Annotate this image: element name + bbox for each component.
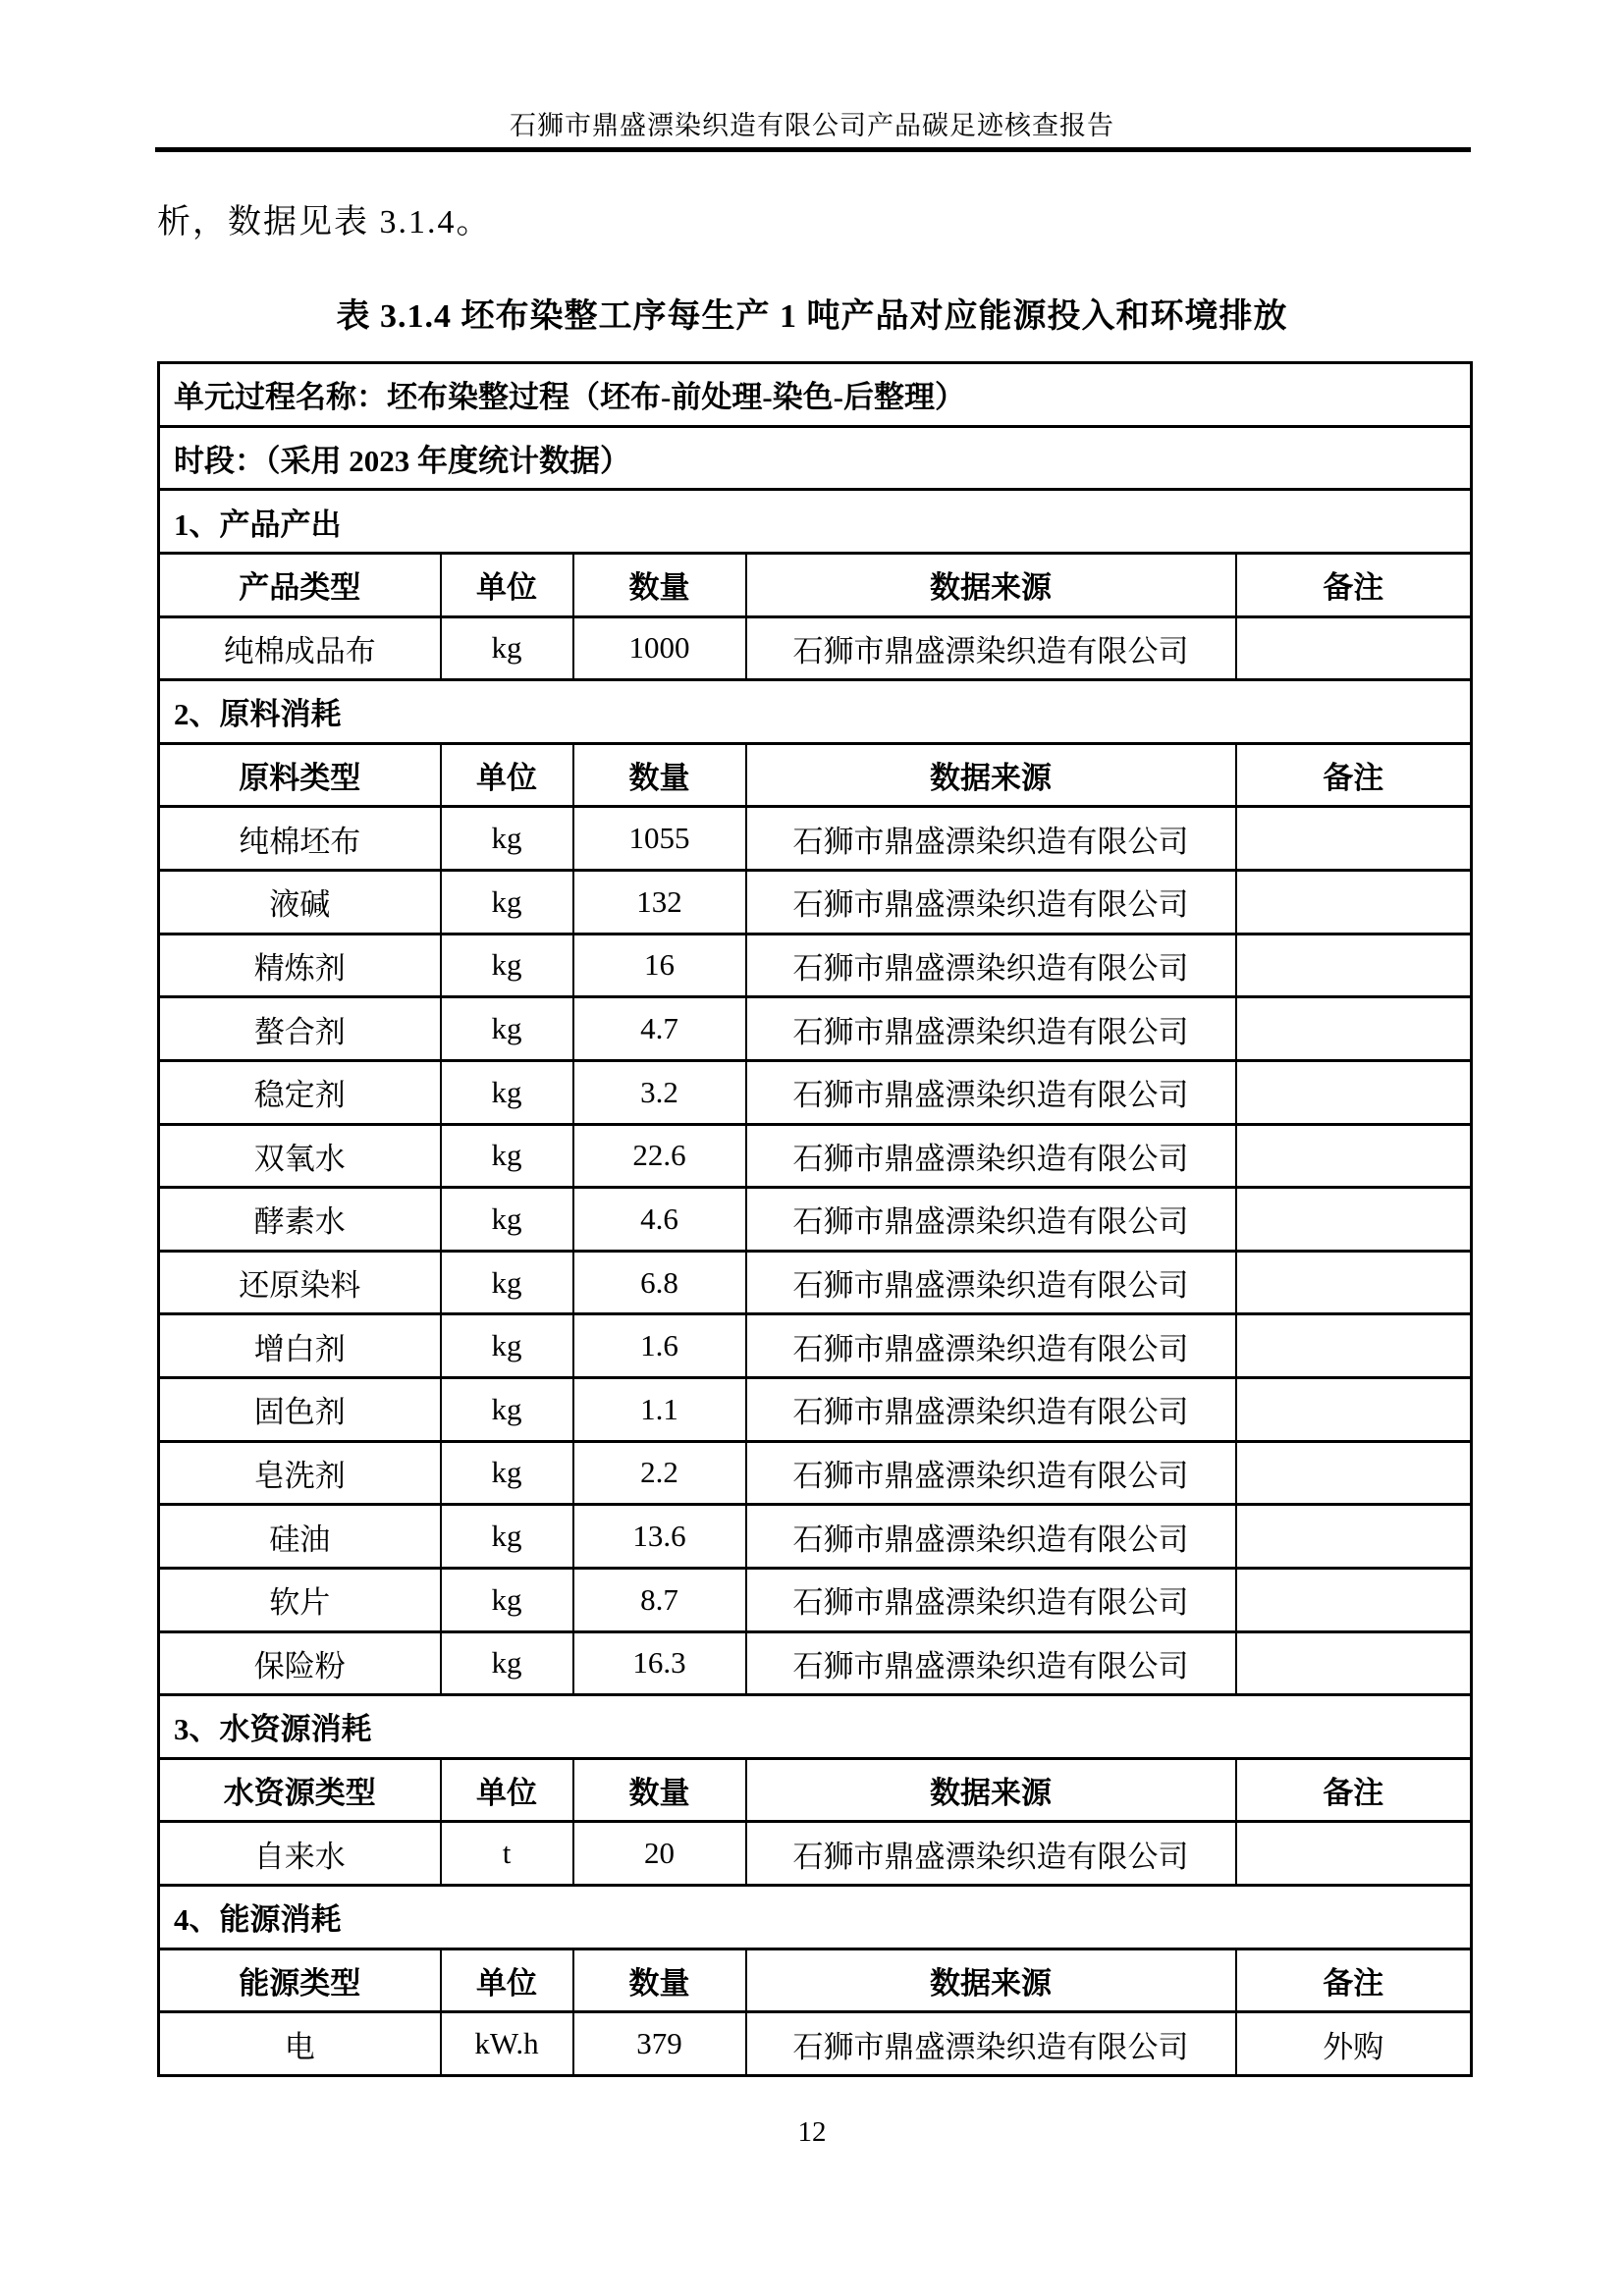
section-title-1-row: 1、产品产出 — [159, 490, 1472, 554]
column-header: 备注 — [1236, 1758, 1472, 1822]
unit-process-name: 单元过程名称：坯布染整过程（坯布-前处理-染色-后整理） — [159, 363, 1472, 427]
cell-quantity: 16.3 — [573, 1631, 746, 1695]
cell-type: 保险粉 — [159, 1631, 441, 1695]
column-header: 数据来源 — [746, 1758, 1236, 1822]
cell-unit: kg — [441, 934, 573, 997]
table-row: 纯棉坯布kg1055石狮市鼎盛漂染织造有限公司 — [159, 807, 1472, 871]
cell-quantity: 1000 — [573, 616, 746, 680]
section-title-2: 2、原料消耗 — [159, 680, 1472, 744]
cell-type: 固色剂 — [159, 1378, 441, 1442]
cell-remark — [1236, 1631, 1472, 1695]
period-row: 时段：（采用 2023 年度统计数据） — [159, 426, 1472, 490]
table-row: 固色剂kg1.1石狮市鼎盛漂染织造有限公司 — [159, 1378, 1472, 1442]
cell-unit: kW.h — [441, 2012, 573, 2076]
cell-type: 电 — [159, 2012, 441, 2076]
cell-data-source: 石狮市鼎盛漂染织造有限公司 — [746, 1188, 1236, 1252]
cell-unit: kg — [441, 1060, 573, 1124]
cell-unit: kg — [441, 616, 573, 680]
cell-unit: kg — [441, 1188, 573, 1252]
section-title-1: 1、产品产出 — [159, 490, 1472, 554]
table-row: 双氧水kg22.6石狮市鼎盛漂染织造有限公司 — [159, 1124, 1472, 1188]
cell-quantity: 132 — [573, 871, 746, 934]
cell-data-source: 石狮市鼎盛漂染织造有限公司 — [746, 1314, 1236, 1378]
cell-type: 精炼剂 — [159, 934, 441, 997]
cell-remark — [1236, 1441, 1472, 1505]
cell-quantity: 1.1 — [573, 1378, 746, 1442]
header-row: 水资源类型单位数量数据来源备注 — [159, 1758, 1472, 1822]
table-row: 软片kg8.7石狮市鼎盛漂染织造有限公司 — [159, 1568, 1472, 1631]
running-header: 石狮市鼎盛漂染织造有限公司产品碳足迹核查报告 — [0, 104, 1624, 142]
cell-data-source: 石狮市鼎盛漂染织造有限公司 — [746, 1441, 1236, 1505]
unit-process-name-row: 单元过程名称：坯布染整过程（坯布-前处理-染色-后整理） — [159, 363, 1472, 427]
document-page: 石狮市鼎盛漂染织造有限公司产品碳足迹核查报告 析，数据见表 3.1.4。 表 3… — [0, 0, 1624, 2296]
cell-remark — [1236, 1378, 1472, 1442]
cell-remark — [1236, 1188, 1472, 1252]
cell-data-source: 石狮市鼎盛漂染织造有限公司 — [746, 616, 1236, 680]
cell-remark — [1236, 997, 1472, 1061]
cell-quantity: 13.6 — [573, 1505, 746, 1569]
cell-unit: kg — [441, 997, 573, 1061]
column-header: 原料类型 — [159, 743, 441, 807]
header-row: 原料类型单位数量数据来源备注 — [159, 743, 1472, 807]
cell-unit: kg — [441, 1378, 573, 1442]
cell-remark — [1236, 1568, 1472, 1631]
column-header: 数据来源 — [746, 1949, 1236, 2012]
cell-data-source: 石狮市鼎盛漂染织造有限公司 — [746, 1060, 1236, 1124]
table-row: 稳定剂kg3.2石狮市鼎盛漂染织造有限公司 — [159, 1060, 1472, 1124]
cell-unit: kg — [441, 1568, 573, 1631]
cell-type: 纯棉成品布 — [159, 616, 441, 680]
cell-type: 增白剂 — [159, 1314, 441, 1378]
cell-data-source: 石狮市鼎盛漂染织造有限公司 — [746, 1124, 1236, 1188]
cell-remark — [1236, 1314, 1472, 1378]
unit-process-table: 单元过程名称：坯布染整过程（坯布-前处理-染色-后整理）时段：（采用 2023 … — [157, 361, 1473, 2077]
table-row: 螯合剂kg4.7石狮市鼎盛漂染织造有限公司 — [159, 997, 1472, 1061]
column-header: 单位 — [441, 1949, 573, 2012]
section-title-4-row: 4、能源消耗 — [159, 1886, 1472, 1949]
table-row: 精炼剂kg16石狮市鼎盛漂染织造有限公司 — [159, 934, 1472, 997]
cell-data-source: 石狮市鼎盛漂染织造有限公司 — [746, 1251, 1236, 1314]
cell-type: 硅油 — [159, 1505, 441, 1569]
cell-data-source: 石狮市鼎盛漂染织造有限公司 — [746, 2012, 1236, 2076]
cell-remark — [1236, 1822, 1472, 1886]
cell-remark: 外购 — [1236, 2012, 1472, 2076]
cell-quantity: 6.8 — [573, 1251, 746, 1314]
cell-remark — [1236, 616, 1472, 680]
cell-unit: kg — [441, 1505, 573, 1569]
table-row: 硅油kg13.6石狮市鼎盛漂染织造有限公司 — [159, 1505, 1472, 1569]
column-header: 数量 — [573, 743, 746, 807]
cell-unit: kg — [441, 1124, 573, 1188]
cell-type: 软片 — [159, 1568, 441, 1631]
cell-quantity: 16 — [573, 934, 746, 997]
header-rule — [155, 147, 1471, 152]
cell-type: 皂洗剂 — [159, 1441, 441, 1505]
cell-unit: kg — [441, 1631, 573, 1695]
column-header: 数据来源 — [746, 553, 1236, 616]
cell-type: 还原染料 — [159, 1251, 441, 1314]
cell-quantity: 4.7 — [573, 997, 746, 1061]
cell-data-source: 石狮市鼎盛漂染织造有限公司 — [746, 871, 1236, 934]
cell-quantity: 1.6 — [573, 1314, 746, 1378]
column-header: 单位 — [441, 743, 573, 807]
section-title-3-row: 3、水资源消耗 — [159, 1695, 1472, 1759]
section-title-3: 3、水资源消耗 — [159, 1695, 1472, 1759]
column-header: 数量 — [573, 553, 746, 616]
cell-unit: kg — [441, 1251, 573, 1314]
cell-remark — [1236, 1124, 1472, 1188]
cell-data-source: 石狮市鼎盛漂染织造有限公司 — [746, 934, 1236, 997]
cell-quantity: 8.7 — [573, 1568, 746, 1631]
cell-unit: kg — [441, 871, 573, 934]
header-row: 产品类型单位数量数据来源备注 — [159, 553, 1472, 616]
table-title: 表 3.1.4 坯布染整工序每生产 1 吨产品对应能源投入和环境排放 — [0, 289, 1624, 337]
cell-unit: kg — [441, 1441, 573, 1505]
cell-unit: kg — [441, 807, 573, 871]
cell-remark — [1236, 1251, 1472, 1314]
cell-data-source: 石狮市鼎盛漂染织造有限公司 — [746, 1505, 1236, 1569]
period: 时段：（采用 2023 年度统计数据） — [159, 426, 1472, 490]
table-row: 纯棉成品布kg1000石狮市鼎盛漂染织造有限公司 — [159, 616, 1472, 680]
cell-quantity: 1055 — [573, 807, 746, 871]
cell-quantity: 2.2 — [573, 1441, 746, 1505]
column-header: 能源类型 — [159, 1949, 441, 2012]
cell-unit: t — [441, 1822, 573, 1886]
section-title-2-row: 2、原料消耗 — [159, 680, 1472, 744]
cell-quantity: 4.6 — [573, 1188, 746, 1252]
cell-data-source: 石狮市鼎盛漂染织造有限公司 — [746, 1631, 1236, 1695]
table-row: 增白剂kg1.6石狮市鼎盛漂染织造有限公司 — [159, 1314, 1472, 1378]
column-header: 产品类型 — [159, 553, 441, 616]
cell-quantity: 379 — [573, 2012, 746, 2076]
cell-type: 纯棉坯布 — [159, 807, 441, 871]
table-row: 液碱kg132石狮市鼎盛漂染织造有限公司 — [159, 871, 1472, 934]
column-header: 数量 — [573, 1949, 746, 2012]
cell-quantity: 22.6 — [573, 1124, 746, 1188]
cell-remark — [1236, 807, 1472, 871]
cell-type: 双氧水 — [159, 1124, 441, 1188]
cell-remark — [1236, 1505, 1472, 1569]
column-header: 数据来源 — [746, 743, 1236, 807]
cell-type: 自来水 — [159, 1822, 441, 1886]
header-row: 能源类型单位数量数据来源备注 — [159, 1949, 1472, 2012]
column-header: 数量 — [573, 1758, 746, 1822]
table-row: 酵素水kg4.6石狮市鼎盛漂染织造有限公司 — [159, 1188, 1472, 1252]
cell-data-source: 石狮市鼎盛漂染织造有限公司 — [746, 1822, 1236, 1886]
column-header: 备注 — [1236, 553, 1472, 616]
column-header: 单位 — [441, 1758, 573, 1822]
cell-type: 液碱 — [159, 871, 441, 934]
cell-data-source: 石狮市鼎盛漂染织造有限公司 — [746, 1568, 1236, 1631]
page-number: 12 — [0, 2116, 1624, 2149]
cell-data-source: 石狮市鼎盛漂染织造有限公司 — [746, 807, 1236, 871]
cell-type: 螯合剂 — [159, 997, 441, 1061]
cell-remark — [1236, 934, 1472, 997]
cell-remark — [1236, 1060, 1472, 1124]
table-row: 皂洗剂kg2.2石狮市鼎盛漂染织造有限公司 — [159, 1441, 1472, 1505]
column-header: 水资源类型 — [159, 1758, 441, 1822]
cell-quantity: 3.2 — [573, 1060, 746, 1124]
cell-type: 酵素水 — [159, 1188, 441, 1252]
table-row: 自来水t20石狮市鼎盛漂染织造有限公司 — [159, 1822, 1472, 1886]
cell-data-source: 石狮市鼎盛漂染织造有限公司 — [746, 1378, 1236, 1442]
cell-data-source: 石狮市鼎盛漂染织造有限公司 — [746, 997, 1236, 1061]
table-row: 保险粉kg16.3石狮市鼎盛漂染织造有限公司 — [159, 1631, 1472, 1695]
cell-type: 稳定剂 — [159, 1060, 441, 1124]
section-title-4: 4、能源消耗 — [159, 1886, 1472, 1949]
cell-remark — [1236, 871, 1472, 934]
column-header: 单位 — [441, 553, 573, 616]
column-header: 备注 — [1236, 743, 1472, 807]
table-row: 电kW.h379石狮市鼎盛漂染织造有限公司外购 — [159, 2012, 1472, 2076]
column-header: 备注 — [1236, 1949, 1472, 2012]
table-row: 还原染料kg6.8石狮市鼎盛漂染织造有限公司 — [159, 1251, 1472, 1314]
cell-quantity: 20 — [573, 1822, 746, 1886]
intro-paragraph: 析，数据见表 3.1.4。 — [157, 194, 492, 242]
cell-unit: kg — [441, 1314, 573, 1378]
